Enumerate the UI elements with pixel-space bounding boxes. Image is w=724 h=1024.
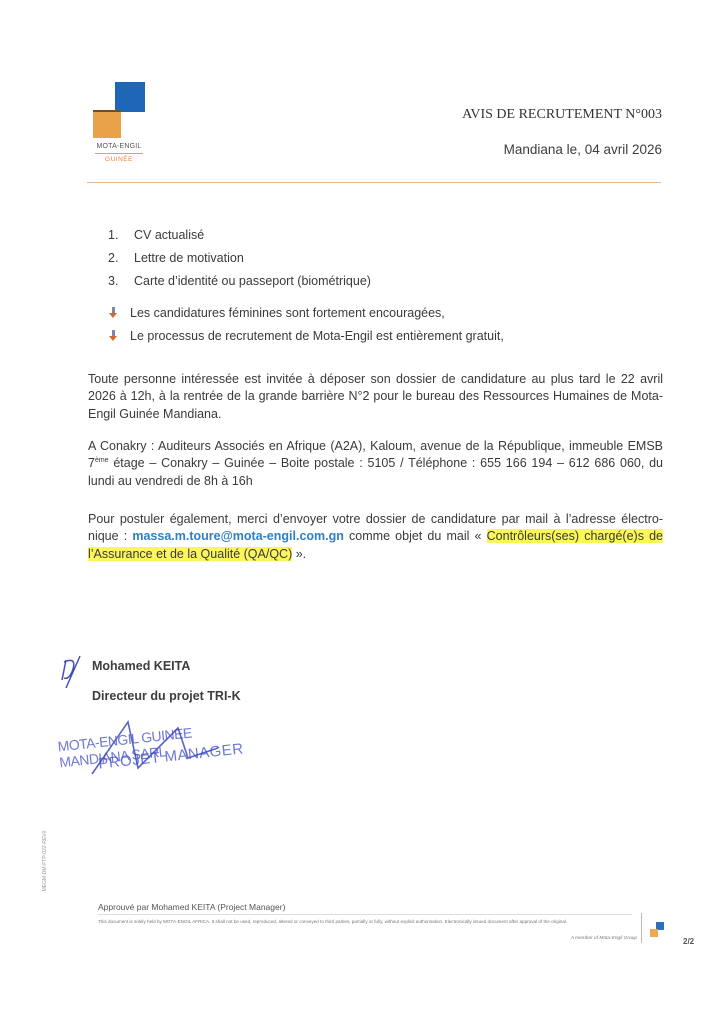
email-address-link[interactable]: massa.m.toure@mota-engil.com.gn xyxy=(132,529,344,543)
conakry-text-cont: étage – Conakry – Guinée – Boite postale… xyxy=(88,456,663,487)
footer-vertical-divider xyxy=(641,913,642,943)
note-item: Les candidatures féminines sont fortemen… xyxy=(108,306,504,329)
logo-blue-square xyxy=(115,82,145,112)
side-reference-text: MEGM-DM-FTP-022-REV0 xyxy=(42,816,48,906)
list-item: 1.CV actualisé xyxy=(108,228,371,251)
down-arrow-bullet-icon xyxy=(108,306,130,320)
logo-detail xyxy=(93,110,121,112)
note-text: Les candidatures féminines sont fortemen… xyxy=(130,306,445,320)
list-number: 2. xyxy=(108,251,134,274)
side-reference: MEGM-DM-FTP-022-REV0 xyxy=(36,820,50,910)
logo-brand: MOTA-ENGIL xyxy=(87,143,151,150)
conakry-paragraph: A Conakry : Auditeurs Associés en Afriqu… xyxy=(88,438,663,490)
signer-name: Mohamed KEITA xyxy=(92,659,190,673)
group-membership: A member of Mota-Engil Group xyxy=(571,936,637,941)
email-end: ». xyxy=(292,547,306,561)
email-mid: comme objet du mail « xyxy=(344,529,487,543)
document-title: AVIS DE RECRUTEMENT N°003 xyxy=(462,107,662,123)
footer-logo-icon xyxy=(648,920,668,946)
company-logo: MOTA-ENGIL GUINÉE xyxy=(87,80,151,170)
deadline-paragraph: Toute personne intéressée est invitée à … xyxy=(88,371,663,423)
note-text: Le processus de recrutement de Mota-Engi… xyxy=(130,329,504,343)
note-item: Le processus de recrutement de Mota-Engi… xyxy=(108,329,504,352)
place-date: Mandiana le, 04 avril 2026 xyxy=(504,142,662,157)
ordinal-suffix: ème xyxy=(95,457,109,464)
list-label: Carte d’identité ou passeport (biométriq… xyxy=(134,274,371,297)
list-label: CV actualisé xyxy=(134,228,204,251)
required-documents-list: 1.CV actualisé 2.Lettre de motivation 3.… xyxy=(108,228,371,297)
company-stamp: MOTA-ENGIL GUINEE MANDIANA SARL PROJET M… xyxy=(58,718,258,778)
handwritten-signature-icon xyxy=(56,650,96,690)
list-label: Lettre de motivation xyxy=(134,251,244,274)
down-arrow-bullet-icon xyxy=(108,329,130,343)
footer-divider xyxy=(98,914,632,915)
logo-rule xyxy=(95,153,143,154)
approved-by: Approuvé par Mohamed KEITA (Project Mana… xyxy=(98,902,285,912)
notes-list: Les candidatures féminines sont fortemen… xyxy=(108,306,504,352)
list-item: 3.Carte d’identité ou passeport (biométr… xyxy=(108,274,371,297)
page-number: 2/2 xyxy=(683,937,694,946)
logo-subtitle: GUINÉE xyxy=(87,156,151,163)
signer-role: Directeur du projet TRI-K xyxy=(92,689,241,703)
header-divider xyxy=(87,182,661,183)
stamp-signature-icon xyxy=(88,718,228,778)
list-number: 1. xyxy=(108,228,134,251)
list-item: 2.Lettre de motivation xyxy=(108,251,371,274)
email-paragraph: Pour postuler également, merci d’envoyer… xyxy=(88,511,663,563)
list-number: 3. xyxy=(108,274,134,297)
disclaimer: This document is solely held by MOTA-ENG… xyxy=(98,919,638,925)
logo-orange-square xyxy=(93,110,121,138)
